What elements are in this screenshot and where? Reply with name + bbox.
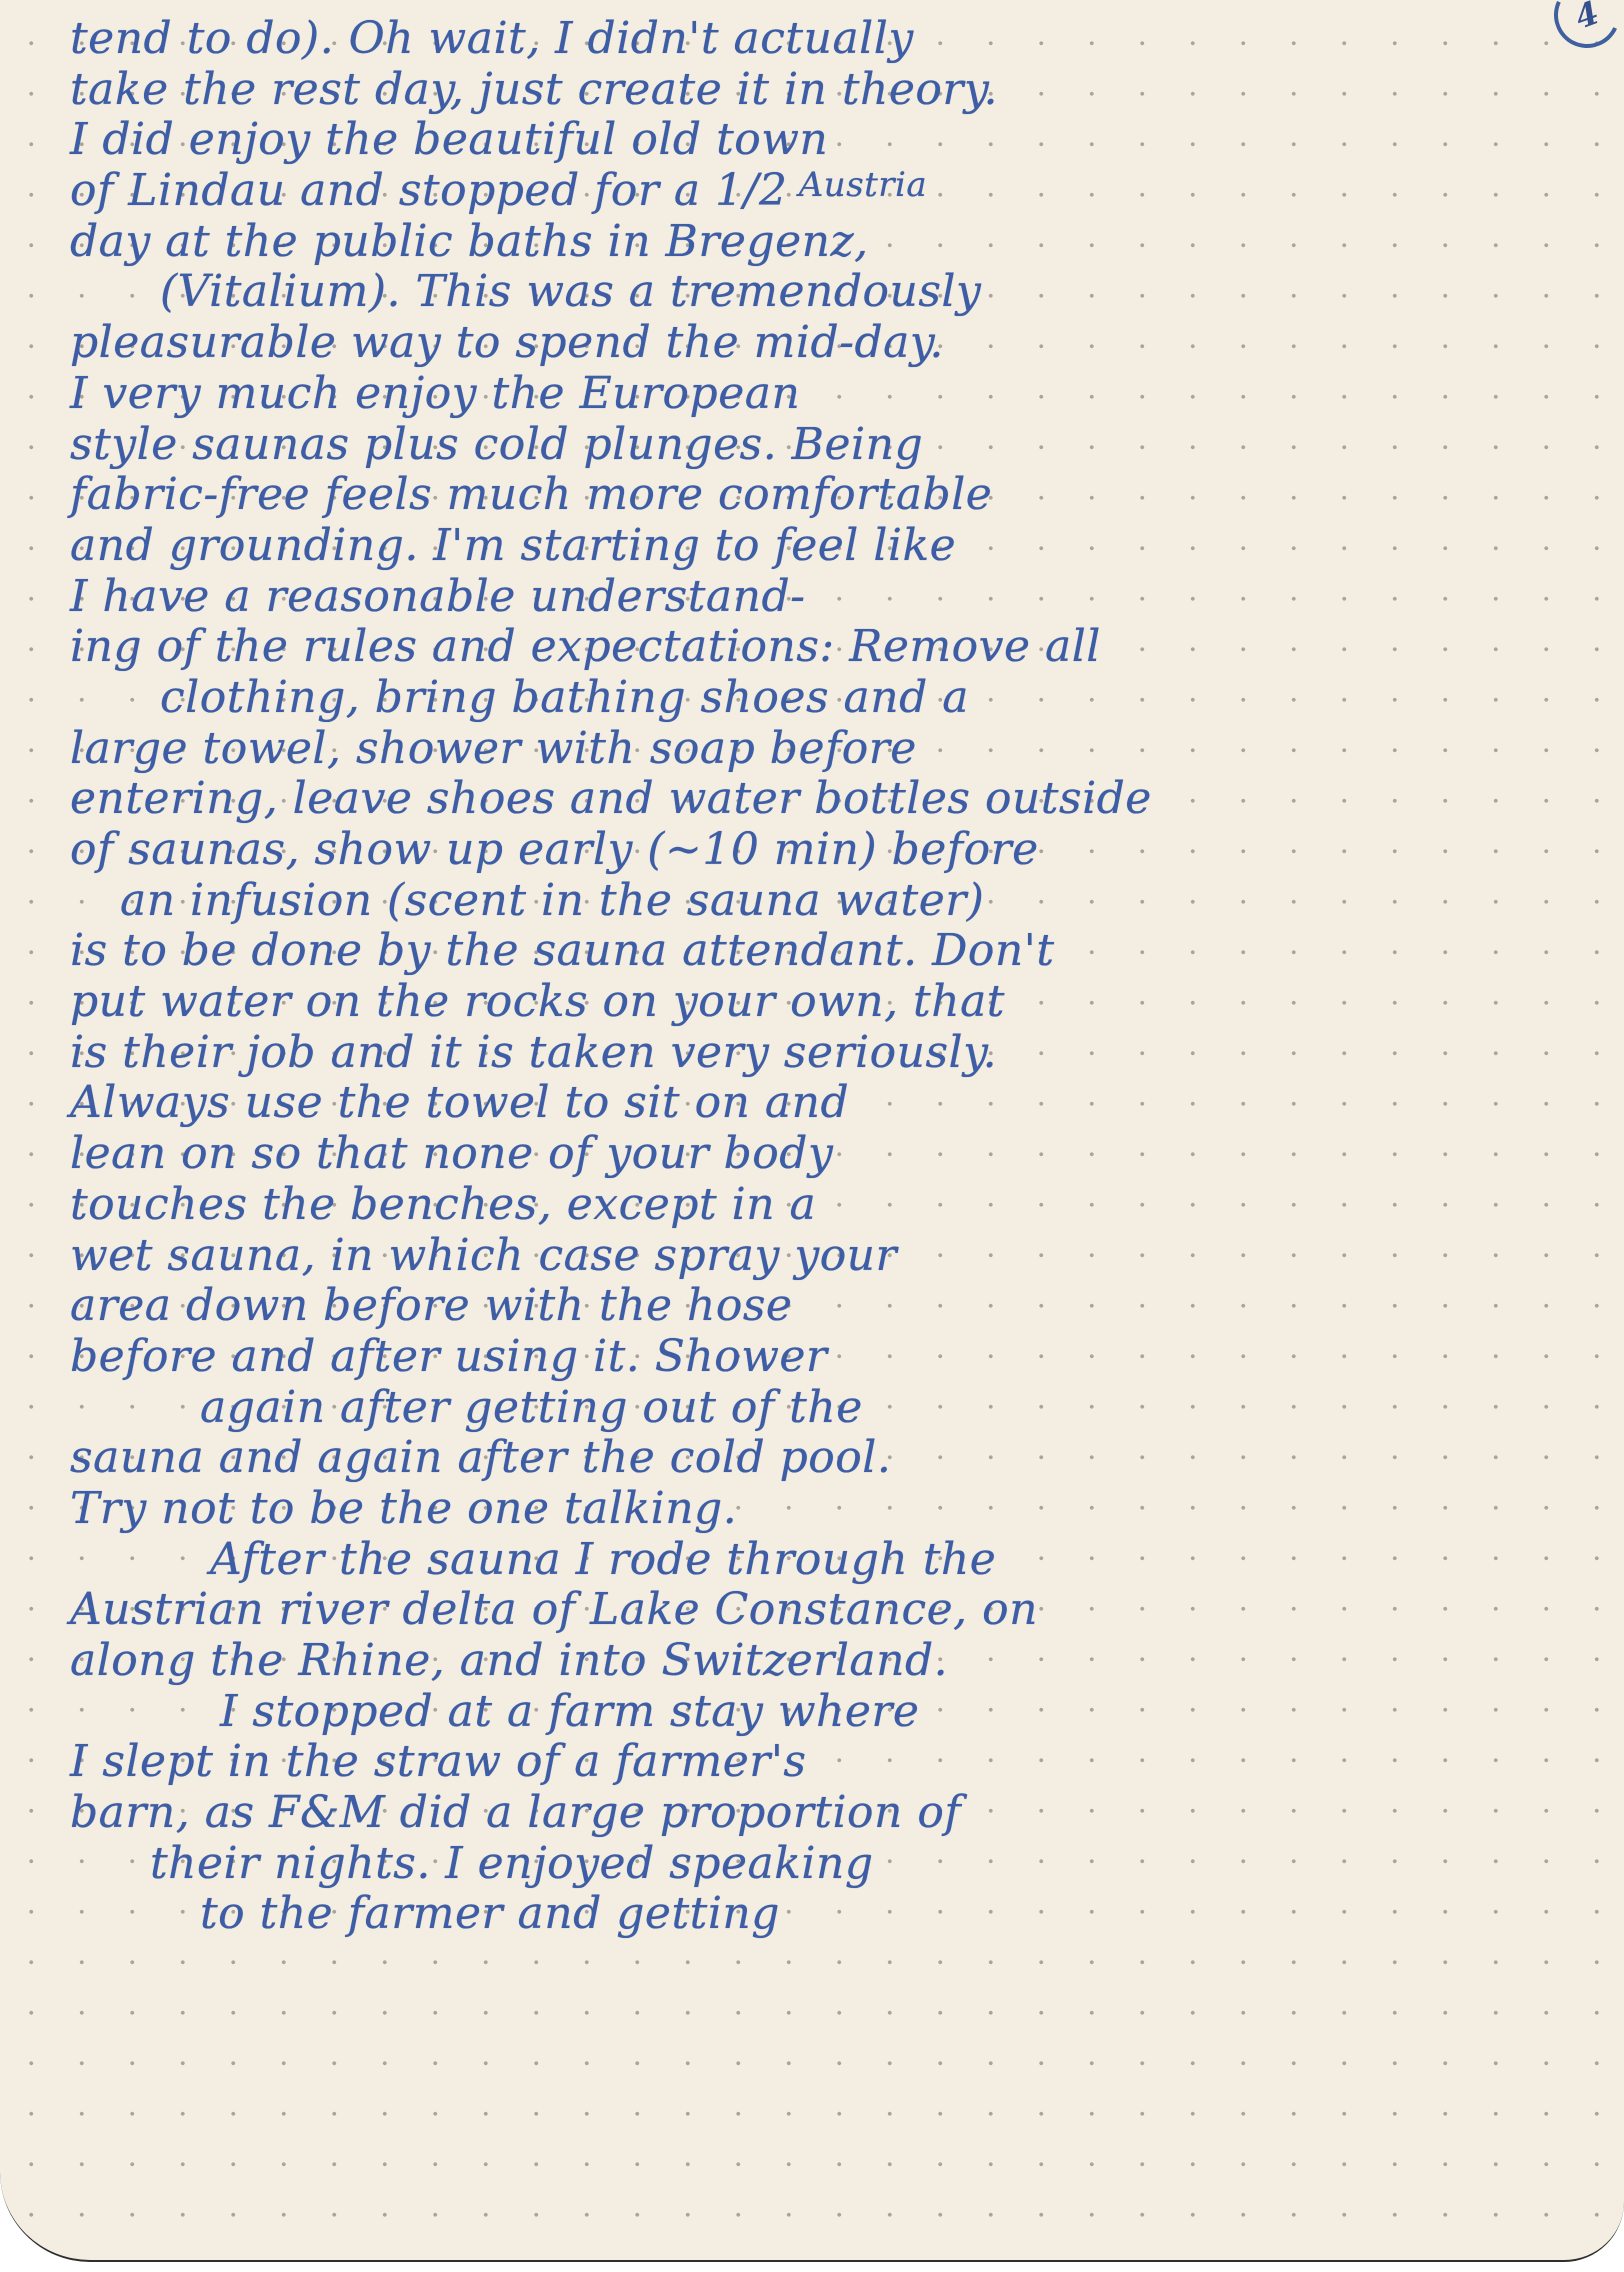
text-line: Always use the towel to sit on and (70, 1078, 1604, 1129)
text-line: Try not to be the one talking. (70, 1484, 1604, 1535)
text-line: I did enjoy the beautiful old town (70, 115, 1604, 166)
text-line: I stopped at a farm stay where (70, 1687, 1604, 1738)
text-line: large towel, shower with soap before (70, 724, 1604, 775)
text-line: an infusion (scent in the sauna water) (70, 876, 1604, 927)
text-line: Austrian river delta of Lake Constance, … (70, 1585, 1604, 1636)
text-line: fabric-free feels much more comfortable (70, 470, 1604, 521)
text-line: After the sauna I rode through the (70, 1535, 1604, 1586)
text-line: tend to do). Oh wait, I didn't actually (70, 14, 1604, 65)
text-line: put water on the rocks on your own, that (70, 977, 1604, 1028)
text-line: I slept in the straw of a farmer's (70, 1737, 1604, 1788)
text-line: before and after using it. Shower (70, 1332, 1604, 1383)
text-line: I very much enjoy the European (70, 369, 1604, 420)
text-line: style saunas plus cold plunges. Being (70, 420, 1604, 471)
text-line: lean on so that none of your body (70, 1129, 1604, 1180)
text-line: is their job and it is taken very seriou… (70, 1028, 1604, 1079)
text-line: wet sauna, in which case spray your (70, 1231, 1604, 1282)
text-line: sauna and again after the cold pool. (70, 1433, 1604, 1484)
text-line: day at the public baths in Bregenz, (70, 217, 1604, 268)
text-line: again after getting out of the (70, 1383, 1604, 1434)
handwritten-text-lines: tend to do). Oh wait, I didn't actuallyt… (70, 14, 1604, 1940)
text-line: pleasurable way to spend the mid-day. (70, 318, 1604, 369)
text-line: to the farmer and getting (70, 1889, 1604, 1940)
text-line: (Vitalium). This was a tremendously (70, 267, 1604, 318)
text-line: area down before with the hose (70, 1281, 1604, 1332)
text-line: take the rest day, just create it in the… (70, 65, 1604, 116)
text-line: their nights. I enjoyed speaking (70, 1839, 1604, 1890)
text-line: of saunas, show up early (~10 min) befor… (70, 825, 1604, 876)
text-line: of Lindau and stopped for a 1/2 Austria (70, 166, 1604, 217)
text-line: barn, as F&M did a large proportion of (70, 1788, 1604, 1839)
text-line: ing of the rules and expectations: Remov… (70, 622, 1604, 673)
margin-note: Austria (787, 165, 927, 205)
text-line: and grounding. I'm starting to feel like (70, 521, 1604, 572)
text-line: clothing, bring bathing shoes and a (70, 673, 1604, 724)
text-line: along the Rhine, and into Switzerland. (70, 1636, 1604, 1687)
text-line: I have a reasonable understand- (70, 572, 1604, 623)
text-line: entering, leave shoes and water bottles … (70, 774, 1604, 825)
text-line: is to be done by the sauna attendant. Do… (70, 926, 1604, 977)
journal-page: 4 tend to do). Oh wait, I didn't actuall… (0, 0, 1624, 2262)
text-line: touches the benches, except in a (70, 1180, 1604, 1231)
